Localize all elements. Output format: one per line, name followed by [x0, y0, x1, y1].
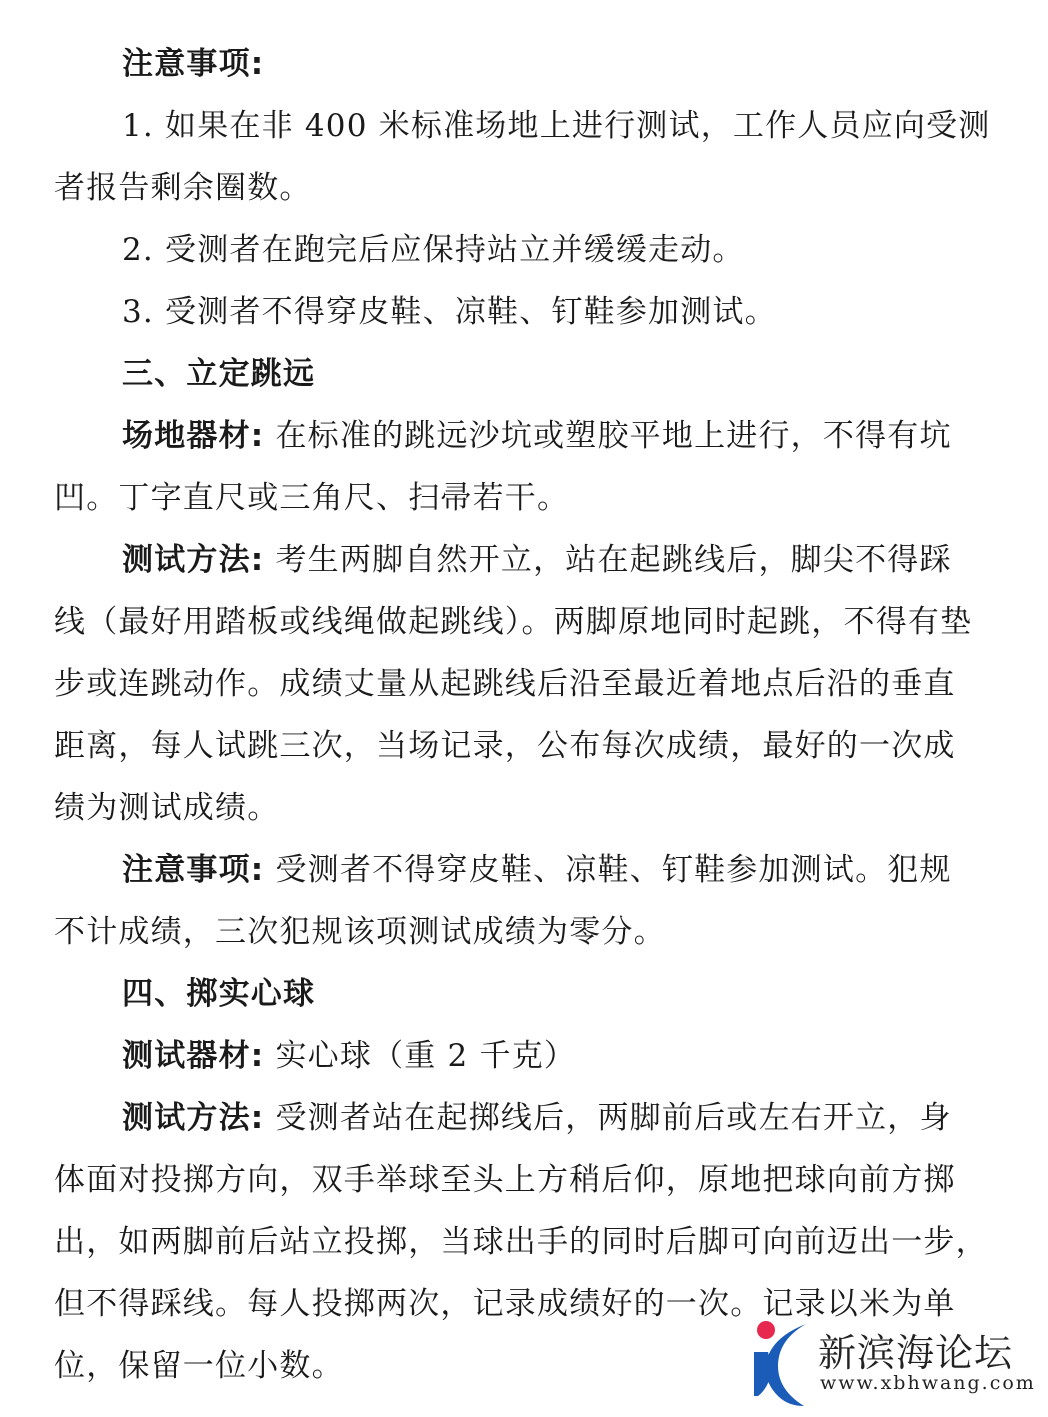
section-heading-standing-long-jump: 三、立定跳远: [122, 354, 315, 394]
equipment-text: 在标准的跳远沙坑或塑胶平地上进行，不得有坑: [275, 418, 951, 454]
equipment-label: 场地器材:: [122, 418, 264, 454]
equipment-text-cont: 凹。丁字直尺或三角尺、扫帚若干。: [54, 480, 569, 516]
equipment-paragraph-line-1: 场地器材: 在标准的跳远沙坑或塑胶平地上进行，不得有坑: [122, 416, 952, 456]
jump-notes-line-1: 注意事项: 受测者不得穿皮鞋、凉鞋、钉鞋参加测试。犯规: [122, 850, 952, 890]
ball-method-text-cont: 出，如两脚前后站立投掷，当球出手的同时后脚可向前迈出一步，: [54, 1224, 988, 1260]
notes-item-3: 3. 受测者不得穿皮鞋、凉鞋、钉鞋参加测试。: [122, 292, 777, 332]
notes-item-2-text: 2. 受测者在跑完后应保持站立并缓缓走动。: [122, 232, 745, 268]
forum-logo-icon: [748, 1318, 828, 1408]
method-paragraph-line-4: 距离，每人试跳三次，当场记录，公布每次成绩，最好的一次成: [54, 726, 956, 766]
notes-item-1-text: 1. 如果在非 400 米标准场地上进行测试，工作人员应向受测: [122, 108, 991, 144]
notes-item-1-text-cont: 者报告剩余圈数。: [54, 170, 312, 206]
jump-notes-line-2: 不计成绩，三次犯规该项测试成绩为零分。: [54, 912, 666, 952]
method-text-cont: 距离，每人试跳三次，当场记录，公布每次成绩，最好的一次成: [54, 728, 956, 764]
method-text-cont: 步或连跳动作。成绩丈量从起跳线后沿至最近着地点后沿的垂直: [54, 666, 956, 702]
notes-label: 注意事项:: [122, 44, 264, 84]
method-text: 考生两脚自然开立，站在起跳线后，脚尖不得踩: [275, 542, 951, 578]
notes-item-1-line-1: 1. 如果在非 400 米标准场地上进行测试，工作人员应向受测: [122, 106, 1000, 146]
method-label: 测试方法:: [122, 542, 264, 578]
ball-method-text-cont: 位，保留一位小数。: [54, 1348, 344, 1384]
method-text-cont: 绩为测试成绩。: [54, 790, 279, 826]
ball-method-line-5: 位，保留一位小数。: [54, 1346, 344, 1386]
notes-item-1-line-2: 者报告剩余圈数。: [54, 168, 312, 208]
method-paragraph-line-3: 步或连跳动作。成绩丈量从起跳线后沿至最近着地点后沿的垂直: [54, 664, 956, 704]
method-paragraph-line-1: 测试方法: 考生两脚自然开立，站在起跳线后，脚尖不得踩: [122, 540, 952, 580]
notes-heading-text: 注意事项:: [122, 46, 264, 82]
ball-method-text: 受测者站在起掷线后，两脚前后或左右开立，身: [275, 1100, 951, 1136]
watermark-title: 新滨海论坛: [818, 1322, 1013, 1377]
ball-method-text-cont: 体面对投掷方向，双手举球至头上方稍后仰，原地把球向前方掷: [54, 1162, 956, 1198]
ball-equipment-text: 实心球（重 2 千克）: [275, 1038, 576, 1074]
ball-method-text-cont: 但不得踩线。每人投掷两次，记录成绩好的一次。记录以米为单: [54, 1286, 956, 1322]
jump-notes-label: 注意事项:: [122, 852, 264, 888]
method-paragraph-line-2: 线（最好用踏板或线绳做起跳线）。两脚原地同时起跳，不得有垫: [54, 602, 972, 642]
ball-method-line-2: 体面对投掷方向，双手举球至头上方稍后仰，原地把球向前方掷: [54, 1160, 956, 1200]
site-watermark: 新滨海论坛 www.xbhwang.com: [748, 1318, 1048, 1408]
ball-equipment-label: 测试器材:: [122, 1038, 264, 1074]
jump-notes-text-cont: 不计成绩，三次犯规该项测试成绩为零分。: [54, 914, 666, 950]
ball-equipment-line: 测试器材: 实心球（重 2 千克）: [122, 1036, 576, 1076]
ball-method-label: 测试方法:: [122, 1100, 264, 1136]
method-paragraph-line-5: 绩为测试成绩。: [54, 788, 279, 828]
jump-notes-text: 受测者不得穿皮鞋、凉鞋、钉鞋参加测试。犯规: [275, 852, 951, 888]
equipment-paragraph-line-2: 凹。丁字直尺或三角尺、扫帚若干。: [54, 478, 569, 518]
watermark-url: www.xbhwang.com: [820, 1372, 1036, 1394]
ball-method-line-3: 出，如两脚前后站立投掷，当球出手的同时后脚可向前迈出一步，: [54, 1222, 988, 1262]
section-heading-medicine-ball: 四、掷实心球: [122, 974, 315, 1014]
ball-method-line-1: 测试方法: 受测者站在起掷线后，两脚前后或左右开立，身: [122, 1098, 952, 1138]
notes-item-3-text: 3. 受测者不得穿皮鞋、凉鞋、钉鞋参加测试。: [122, 294, 777, 330]
method-text-cont: 线（最好用踏板或线绳做起跳线）。两脚原地同时起跳，不得有垫: [54, 604, 972, 640]
notes-item-2: 2. 受测者在跑完后应保持站立并缓缓走动。: [122, 230, 745, 270]
